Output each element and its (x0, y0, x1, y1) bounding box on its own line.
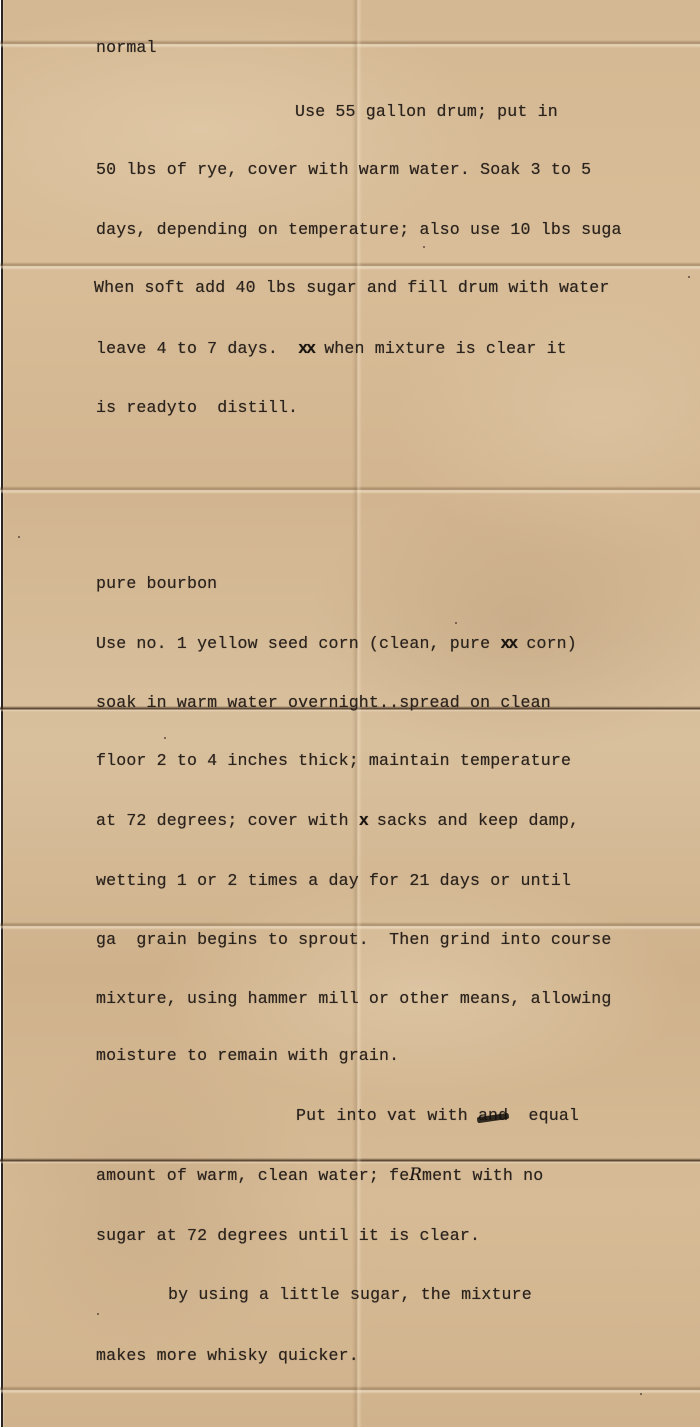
recipe-line: moisture to remain with grain. (96, 1046, 399, 1066)
recipe-line: by using a little sugar, the mixture (168, 1285, 532, 1305)
recipe-text: ment with no (422, 1166, 543, 1185)
recipe-line-with-strikeout: at 72 degrees; cover with x sacks and ke… (96, 811, 579, 831)
recipe-line: floor 2 to 4 inches thick; maintain temp… (96, 751, 571, 771)
crossed-out-word: and (478, 1106, 508, 1126)
typed-strikeout: x (359, 811, 367, 830)
paper-speck (688, 276, 690, 278)
recipe-line: 50 lbs of rye, cover with warm water. So… (96, 160, 591, 180)
recipe-text: amount of warm, clean water; fe (96, 1166, 409, 1185)
paper-speck (164, 737, 166, 739)
recipe-line: days, depending on temperature; also use… (96, 220, 622, 240)
recipe-line: soak in warm water overnight..spread on … (96, 693, 551, 713)
recipe-line: Use 55 gallon drum; put in (295, 102, 558, 122)
typed-strikeout: xx (500, 634, 516, 653)
recipe-text: when mixture is clear it (324, 339, 567, 358)
recipe-text: corn) (526, 634, 577, 653)
recipe-line-with-correction: amount of warm, clean water; feRment wit… (96, 1165, 543, 1186)
paper-speck (423, 246, 425, 248)
recipe-text: sacks and keep damp, (377, 811, 579, 830)
recipe-line: sugar at 72 degrees until it is clear. (96, 1226, 480, 1246)
paper-speck (97, 1313, 99, 1315)
paper-speck (455, 622, 457, 624)
recipe-text: leave 4 to 7 days. (96, 339, 278, 358)
recipe-line-with-strikeout: leave 4 to 7 days. xx when mixture is cl… (96, 339, 567, 359)
section-heading-pure-bourbon: pure bourbon (96, 574, 217, 594)
recipe-line: wetting 1 or 2 times a day for 21 days o… (96, 871, 571, 891)
paper-speck (18, 536, 20, 538)
page-left-edge (0, 0, 4, 1427)
recipe-line: is readyto distill. (96, 398, 298, 418)
recipe-text: equal (529, 1106, 580, 1125)
recipe-text: at 72 degrees; cover with (96, 811, 349, 830)
recipe-text: Put into vat with (296, 1106, 468, 1125)
recipe-line-with-strikeout: Put into vat with and equal (296, 1106, 579, 1126)
typed-strikeout: xx (298, 339, 314, 358)
aged-paper-background (0, 0, 700, 1427)
recipe-line: When soft add 40 lbs sugar and fill drum… (94, 278, 610, 298)
recipe-line: makes more whisky quicker. (96, 1346, 359, 1366)
recipe-line-with-strikeout: Use no. 1 yellow seed corn (clean, pure … (96, 634, 577, 654)
paper-speck (640, 1393, 642, 1395)
recipe-text: Use no. 1 yellow seed corn (clean, pure (96, 634, 490, 653)
recipe-line: ga grain begins to sprout. Then grind in… (96, 930, 612, 950)
recipe-line: mixture, using hammer mill or other mean… (96, 989, 612, 1009)
handwritten-correction: R (409, 1165, 422, 1184)
section-heading-normal: normal (96, 38, 157, 58)
